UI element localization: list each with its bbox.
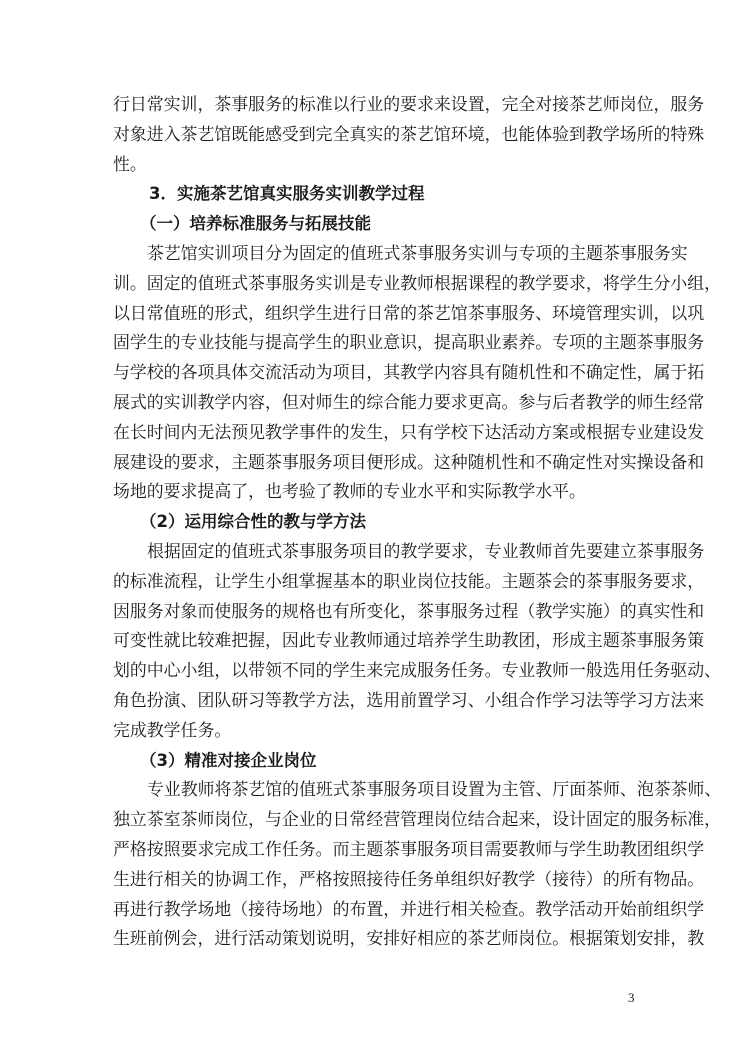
body-text-line: 生班前例会，进行活动策划说明，安排好相应的茶艺师岗位。根据策划安排，教 [113, 924, 640, 954]
subsection-heading: （2）运用综合性的教与学方法 [113, 507, 640, 537]
body-text-line: 以日常值班的形式，组织学生进行日常的茶艺馆茶事服务、环境管理实训，以巩 [113, 299, 640, 329]
body-text-line: 展建设的要求，主题茶事服务项目便形成。这种随机性和不确定性对实操设备和 [113, 448, 640, 478]
body-text-line: 根据固定的值班式茶事服务项目的教学要求，专业教师首先要建立茶事服务 [113, 537, 640, 567]
subsection-heading: （一）培养标准服务与拓展技能 [113, 209, 640, 239]
body-text-line: 独立茶室茶师岗位，与企业的日常经营管理岗位结合起来，设计固定的服务标准， [113, 805, 640, 835]
body-text-line: 再进行教学场地（接待场地）的布置，并进行相关检查。教学活动开始前组织学 [113, 895, 640, 925]
body-text-line: 展式的实训教学内容，但对师生的综合能力要求更高。参与后者教学的师生经常 [113, 388, 640, 418]
body-text-line: 因服务对象而使服务的规格也有所变化，茶事服务过程（教学实施）的真实性和 [113, 597, 640, 627]
body-text-line: 生进行相关的协调工作，严格按照接待任务单组织好教学（接待）的所有物品。 [113, 865, 640, 895]
body-text-line: 固学生的专业技能与提高学生的职业意识，提高职业素养。专项的主题茶事服务 [113, 328, 640, 358]
body-text-line: 场地的要求提高了，也考验了教师的专业水平和实际教学水平。 [113, 477, 640, 507]
body-text-line: 划的中心小组，以带领不同的学生来完成服务任务。专业教师一般选用任务驱动、 [113, 656, 640, 686]
body-text-line: 茶艺馆实训项目分为固定的值班式茶事服务实训与专项的主题茶事服务实 [113, 239, 640, 269]
body-text-line: 的标准流程，让学生小组掌握基本的职业岗位技能。主题茶会的茶事服务要求， [113, 567, 640, 597]
body-text-line: 可变性就比较难把握，因此专业教师通过培养学生助教团，形成主题茶事服务策 [113, 626, 640, 656]
body-text-line: 对象进入茶艺馆既能感受到完全真实的茶艺馆环境，也能体验到教学场所的特殊 [113, 120, 640, 150]
body-text-line: 训。固定的值班式茶事服务实训是专业教师根据课程的教学要求，将学生分小组， [113, 269, 640, 299]
body-text-line: 完成教学任务。 [113, 716, 640, 746]
body-text-line: 专业教师将茶艺馆的值班式茶事服务项目设置为主管、厅面茶师、泡茶茶师、 [113, 775, 640, 805]
body-text-line: 与学校的各项具体交流活动为项目，其教学内容具有随机性和不确定性，属于拓 [113, 358, 640, 388]
body-text-line: 行日常实训，茶事服务的标准以行业的要求来设置，完全对接茶艺师岗位，服务 [113, 90, 640, 120]
body-text-line: 角色扮演、团队研习等教学方法，选用前置学习、小组合作学习法等学习方法来 [113, 686, 640, 716]
body-text-line: 性。 [113, 150, 640, 180]
page-number: 3 [628, 990, 635, 1006]
document-page: 行日常实训，茶事服务的标准以行业的要求来设置，完全对接茶艺师岗位，服务 对象进入… [113, 90, 640, 954]
subsection-heading: （3）精准对接企业岗位 [113, 746, 640, 776]
section-heading: 3．实施茶艺馆真实服务实训教学过程 [113, 179, 640, 209]
body-text-line: 在长时间内无法预见教学事件的发生，只有学校下达活动方案或根据专业建设发 [113, 418, 640, 448]
body-text-line: 严格按照要求完成工作任务。而主题茶事服务项目需要教师与学生助教团组织学 [113, 835, 640, 865]
